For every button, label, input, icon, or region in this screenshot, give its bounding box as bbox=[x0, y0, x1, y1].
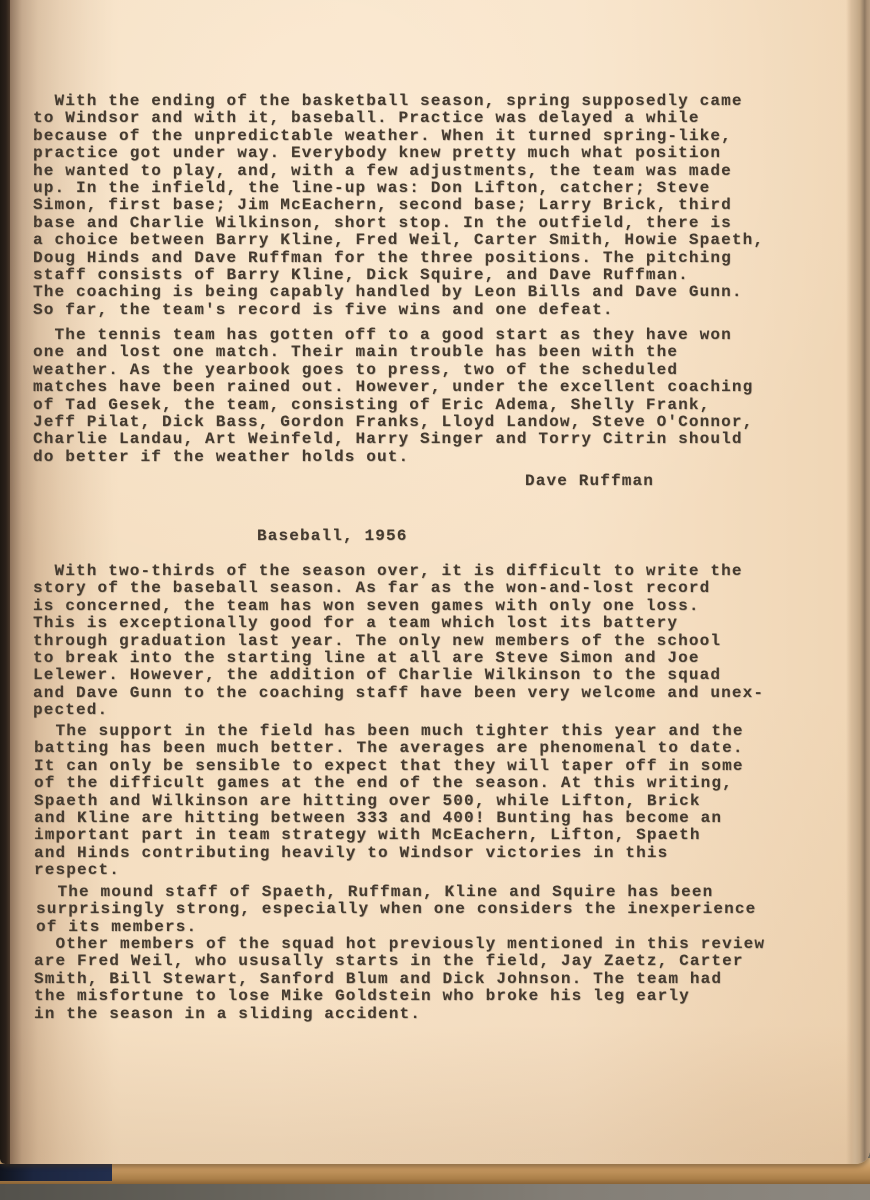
page-right-edge bbox=[846, 0, 870, 1164]
yearbook-scan: With the ending of the basketball season… bbox=[0, 0, 870, 1200]
paragraph-mound-staff: The mound staff of Spaeth, Ruffman, Klin… bbox=[36, 884, 756, 936]
paragraph-batting-averages: The support in the field has been much t… bbox=[34, 723, 744, 880]
gutter-dark-edge bbox=[0, 0, 10, 1164]
yearbook-page: With the ending of the basketball season… bbox=[0, 0, 870, 1164]
paragraph-tennis-team: The tennis team has gotten off to a good… bbox=[33, 327, 753, 466]
byline: Dave Ruffman bbox=[525, 473, 654, 490]
paragraph-other-members: Other members of the squad hot previousl… bbox=[34, 936, 765, 1023]
section-heading: Baseball, 1956 bbox=[257, 528, 408, 545]
paragraph-baseball-season-record: With two-thirds of the season over, it i… bbox=[33, 563, 764, 720]
book-cover-edge bbox=[0, 1164, 112, 1181]
paragraph-spring-baseball-preview: With the ending of the basketball season… bbox=[33, 93, 764, 319]
